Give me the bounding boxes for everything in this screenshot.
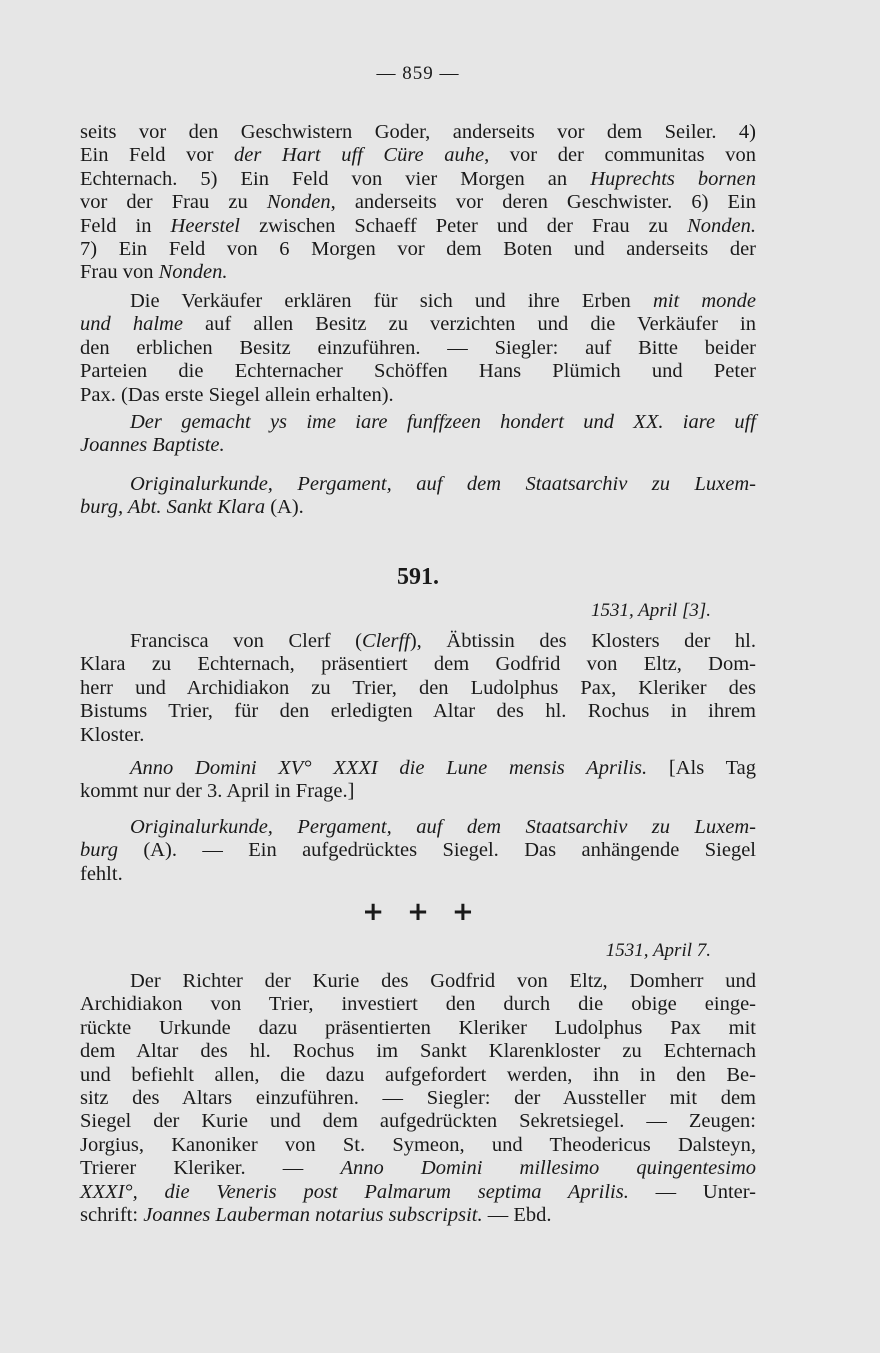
text-line: Joannes Baptiste. <box>80 434 756 457</box>
text-line: Archidiakon von Trier, investiert den du… <box>80 993 756 1016</box>
section-separator: + + + <box>80 897 756 927</box>
text-line: Anno Domini XV° XXXI die Lune mensis Apr… <box>80 757 756 780</box>
text-line: burg, Abt. Sankt Klara (A). <box>80 496 756 519</box>
text-line: kommt nur der 3. April in Frage.] <box>80 780 756 803</box>
paragraph-datierung: Der gemacht ys ime iare funffzeen honder… <box>80 411 756 458</box>
text-line: Feld in Heerstel zwischen Schaeff Peter … <box>80 215 756 238</box>
entry-591-dating: Anno Domini XV° XXXI die Lune mensis Apr… <box>80 757 756 804</box>
text-line: herr und Archidiakon zu Trier, den Ludol… <box>80 677 756 700</box>
text-line: Pax. (Das erste Siegel allein erhalten). <box>80 384 756 407</box>
text-line: Originalurkunde, Pergament, auf dem Staa… <box>80 473 756 496</box>
entry-591-source: Originalurkunde, Pergament, auf dem Staa… <box>80 816 756 886</box>
text-line: Siegel der Kurie und dem aufgedrückten S… <box>80 1110 756 1133</box>
text-line: Die Verkäufer erklären für sich und ihre… <box>80 290 756 313</box>
text-line: Klara zu Echternach, präsentiert dem God… <box>80 653 756 676</box>
entry-date: 1531, April [3]. <box>591 600 711 622</box>
text-line: Trierer Kleriker. — Anno Domini millesim… <box>80 1157 756 1180</box>
text-line: Jorgius, Kanoniker von St. Symeon, und T… <box>80 1134 756 1157</box>
continuation-paragraph: seits vor den Geschwistern Goder, anders… <box>80 121 756 285</box>
text-line: seits vor den Geschwistern Goder, anders… <box>80 121 756 144</box>
text-line: fehlt. <box>80 863 756 886</box>
text-line: Kloster. <box>80 724 756 747</box>
text-line: Ein Feld vor der Hart uff Cüre auhe, vor… <box>80 144 756 167</box>
text-line: XXXI°, die Veneris post Palmarum septima… <box>80 1181 756 1204</box>
text-line: Der Richter der Kurie des Godfrid von El… <box>80 970 756 993</box>
entry-b-date: 1531, April 7. <box>606 940 711 962</box>
entry-591-summary: Francisca von Clerf (Clerff), Äbtissin d… <box>80 630 756 747</box>
entry-number-heading: 591. <box>80 564 756 591</box>
text-line: 7) Ein Feld von 6 Morgen vor dem Boten u… <box>80 238 756 261</box>
paragraph-quelle: Originalurkunde, Pergament, auf dem Staa… <box>80 473 756 520</box>
text-line: sitz des Altars einzuführen. — Siegler: … <box>80 1087 756 1110</box>
text-line: Echternach. 5) Ein Feld von vier Morgen … <box>80 168 756 191</box>
entry-b-text: Der Richter der Kurie des Godfrid von El… <box>80 970 756 1227</box>
text-line: burg (A). — Ein aufgedrücktes Siegel. Da… <box>80 839 756 862</box>
text-line: Parteien die Echternacher Schöffen Hans … <box>80 360 756 383</box>
text-line: schrift: Joannes Lauberman notarius subs… <box>80 1204 756 1227</box>
text-line: Der gemacht ys ime iare funffzeen honder… <box>80 411 756 434</box>
page-number: — 859 — <box>80 63 756 85</box>
text-line: Originalurkunde, Pergament, auf dem Staa… <box>80 816 756 839</box>
text-line: Frau von Nonden. <box>80 261 756 284</box>
text-line: und befiehlt allen, die dazu aufgeforder… <box>80 1064 756 1087</box>
text-line: rückte Urkunde dazu präsentierten Klerik… <box>80 1017 756 1040</box>
text-line: dem Altar des hl. Rochus im Sankt Klaren… <box>80 1040 756 1063</box>
paragraph-verkaeufer: Die Verkäufer erklären für sich und ihre… <box>80 290 756 407</box>
text-line: Francisca von Clerf (Clerff), Äbtissin d… <box>80 630 756 653</box>
text-line: den erblichen Besitz einzuführen. — Sieg… <box>80 337 756 360</box>
text-line: vor der Frau zu Nonden, anderseits vor d… <box>80 191 756 214</box>
text-line: Bistums Trier, für den erledigten Altar … <box>80 700 756 723</box>
text-line: und halme auf allen Besitz zu verzichten… <box>80 313 756 336</box>
